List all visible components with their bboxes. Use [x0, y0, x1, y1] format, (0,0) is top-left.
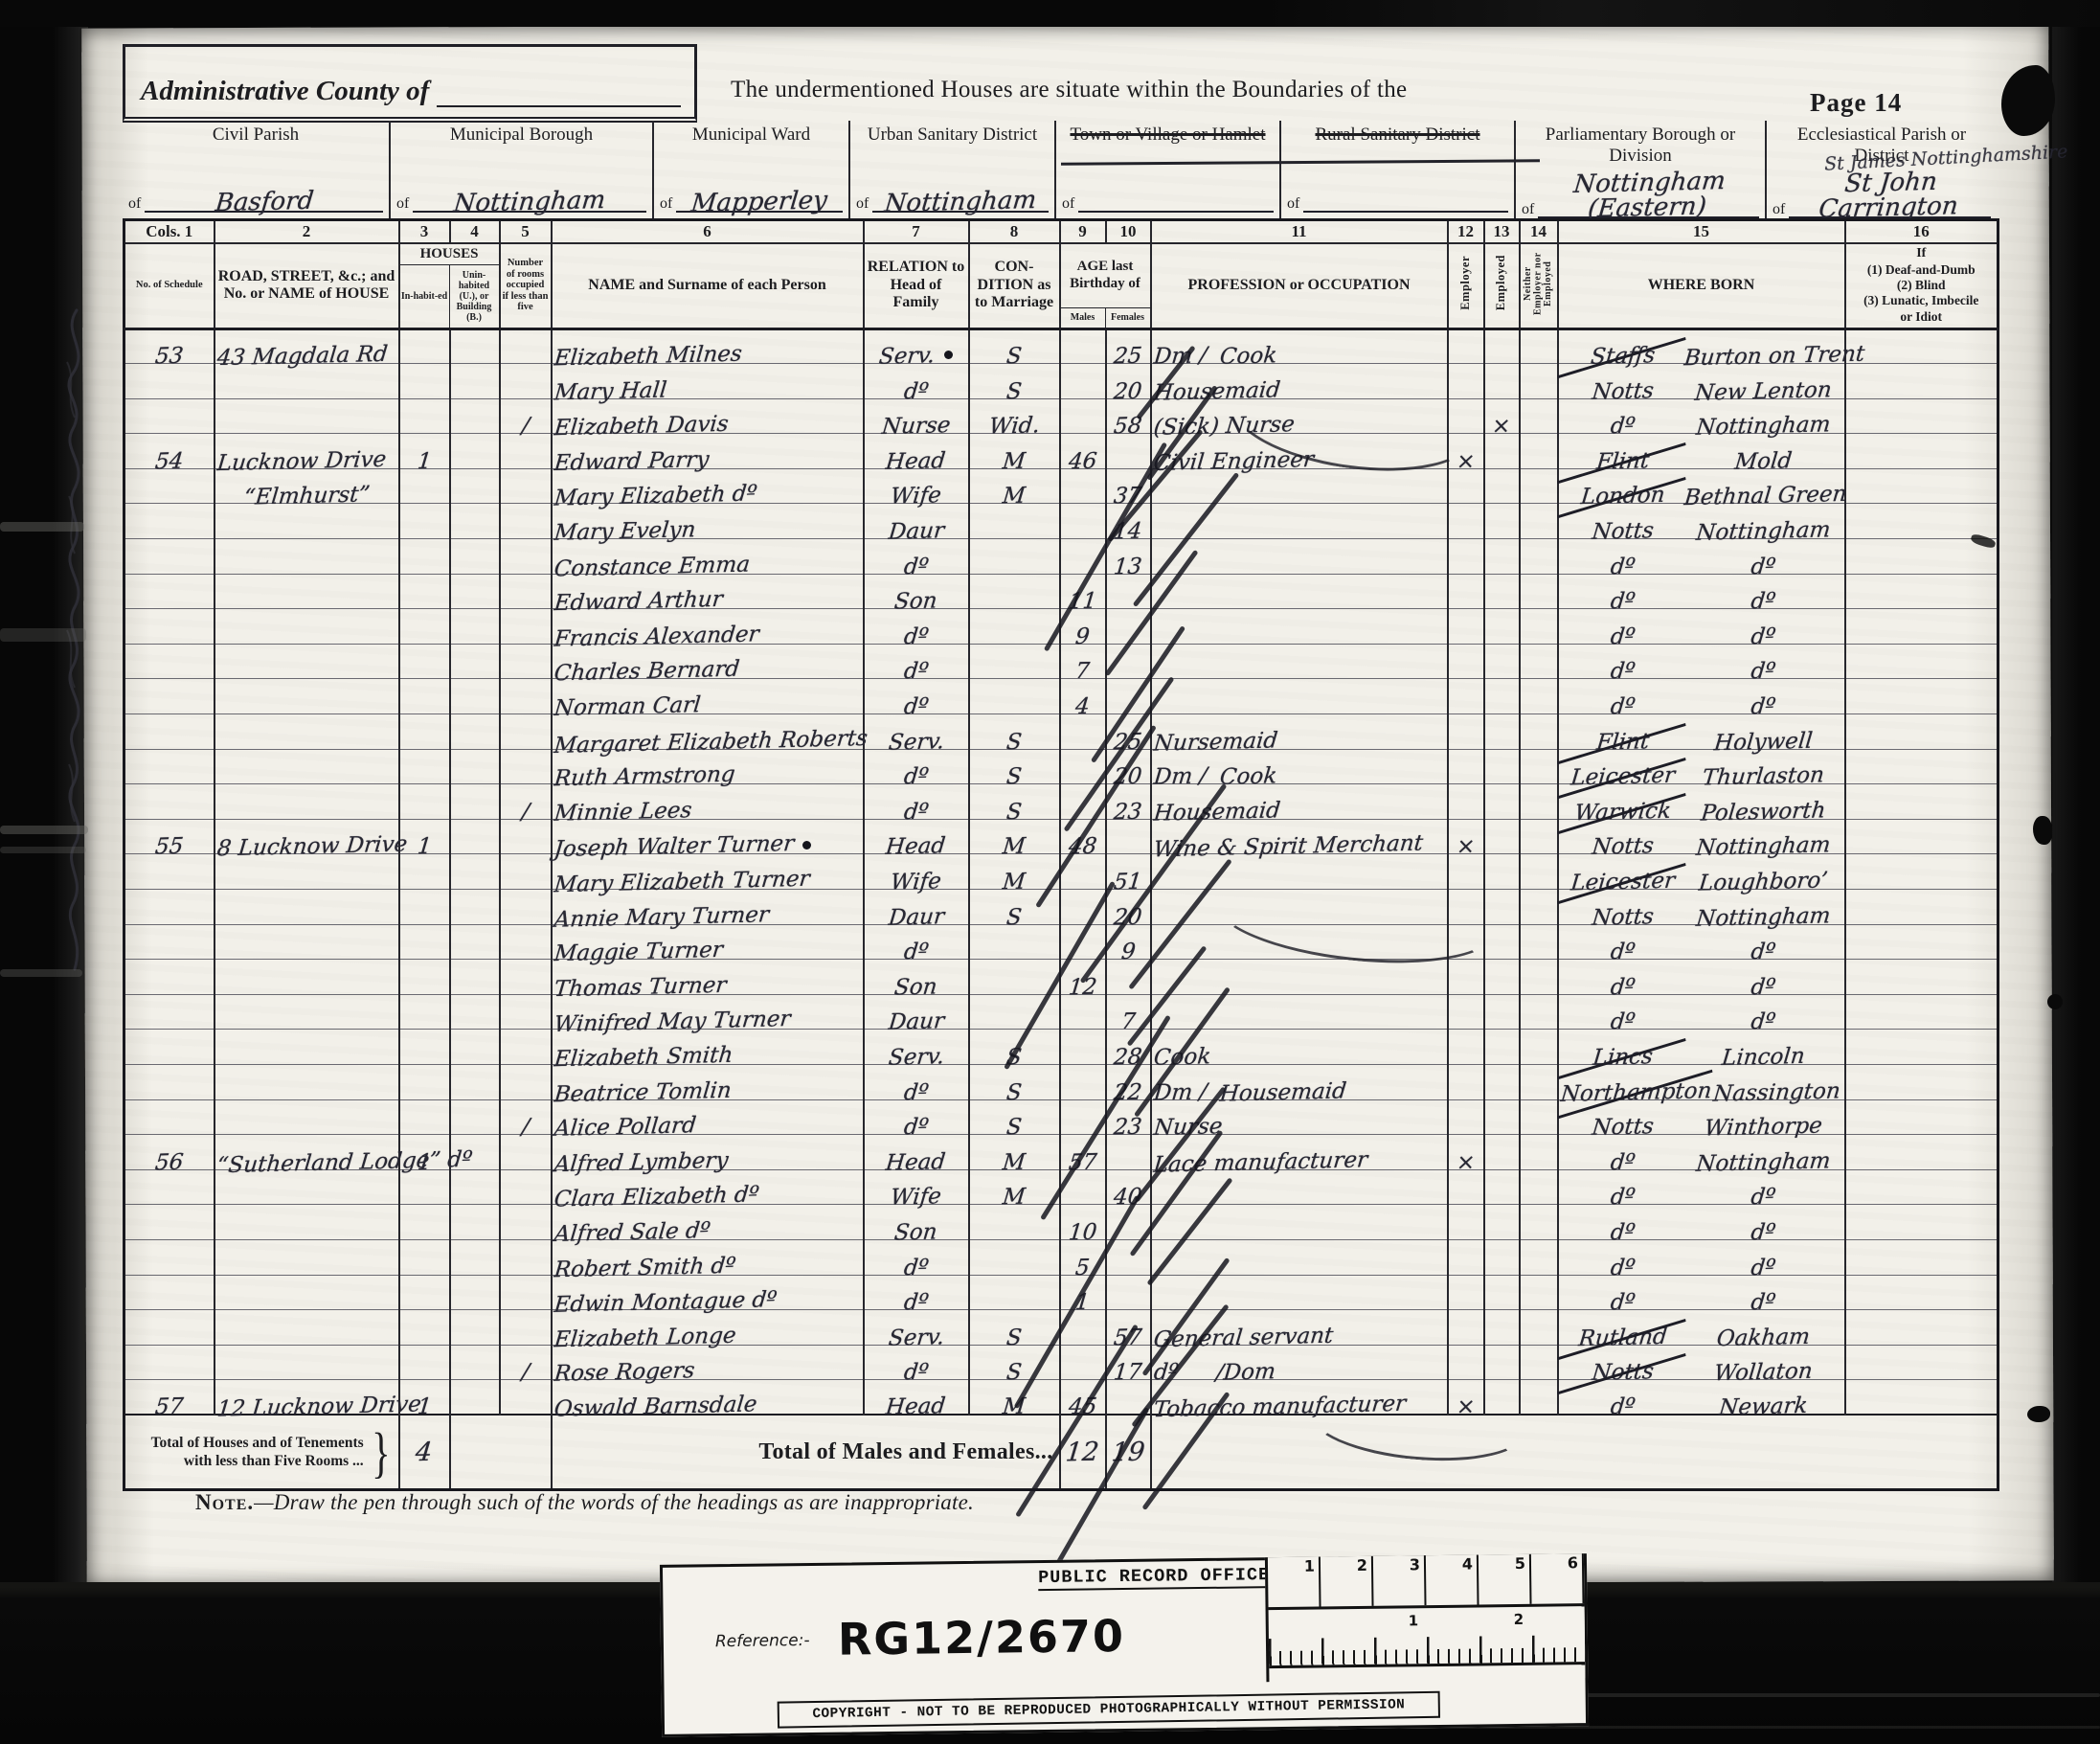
cell-neither [1520, 890, 1558, 925]
born-place: dº [1683, 1220, 1843, 1246]
cell-occupation: Dm /Cook [1151, 328, 1448, 364]
cell-condition [969, 609, 1060, 645]
reference-label: Reference:- [715, 1631, 810, 1651]
cell-infirmity [1845, 398, 1998, 434]
age-male: 46 [1068, 451, 1098, 474]
cell-schedule [124, 924, 215, 960]
born-county: dº [1559, 1010, 1685, 1035]
cell-schedule [124, 1205, 215, 1240]
col-num-8: 8 [969, 220, 1060, 243]
cell-employed [1484, 434, 1520, 469]
relation: Daur [887, 1011, 944, 1034]
cell-infirmity [1845, 574, 1998, 609]
cell-schedule [124, 749, 215, 784]
cell-infirmity [1845, 1345, 1998, 1380]
cell-employer: × [1448, 1380, 1484, 1416]
of-label: of [128, 195, 141, 213]
cell-condition [969, 1239, 1060, 1275]
totals-males-value: 12 [1060, 1415, 1106, 1489]
relation: Head [885, 1151, 947, 1175]
cell-age-female: 7 [1106, 994, 1151, 1030]
cell-age-female: 28 [1106, 1030, 1151, 1065]
cell-road [215, 644, 399, 679]
relation: Serv. [887, 731, 944, 754]
relation: dº [903, 1362, 930, 1385]
ruler-number: 4 [1426, 1554, 1479, 1605]
cell-rooms [500, 539, 552, 575]
cell-uninhabited [450, 504, 500, 539]
cell-occupation [1151, 539, 1448, 575]
cell-neither [1520, 364, 1558, 399]
cell-occupation: Housemaid [1151, 784, 1448, 820]
cell-employer [1448, 1205, 1484, 1240]
cell-neither [1520, 609, 1558, 645]
cell-infirmity [1845, 854, 1998, 890]
person-name: Elizabeth Longe [553, 1325, 736, 1351]
district-value: Nottingham [884, 188, 1038, 216]
born-place: Oakham [1683, 1325, 1843, 1351]
district-value-line [1303, 211, 1508, 213]
born-wrap: FlintHolywell [1561, 727, 1842, 749]
cell-age-male [1060, 1099, 1106, 1135]
cell-age-female: 51 [1106, 854, 1151, 890]
cell-schedule [124, 714, 215, 750]
administrative-county-box: Administrative County of [123, 44, 697, 123]
district-label: Town or Village or Hamlet [1062, 125, 1274, 146]
condition: S [1005, 346, 1023, 368]
cell-age-male [1060, 1345, 1106, 1380]
cell-age-female [1106, 644, 1151, 679]
born-county: dº [1559, 940, 1685, 965]
district-of-row: ofNottingham (Eastern) [1522, 167, 1759, 218]
header-neither: Neither Employer nor Employed [1520, 243, 1558, 329]
cell-employed [1484, 1310, 1520, 1346]
district-box-6: Rural Sanitary Districtof [1281, 121, 1516, 218]
cell-age-male: 11 [1060, 574, 1106, 609]
cell-neither [1520, 504, 1558, 539]
cell-neither [1520, 924, 1558, 960]
age-male: 4 [1074, 696, 1091, 718]
cell-rooms [500, 434, 552, 469]
table-row: Francis Alexanderdº9dºdº [124, 609, 1998, 645]
cell-infirmity [1845, 1135, 1998, 1170]
cell-occupation [1151, 1205, 1448, 1240]
col-num-2: 2 [215, 220, 399, 243]
inhabited-mark: 1 [417, 1152, 433, 1174]
cell-uninhabited [450, 1380, 500, 1416]
cell-inhabited [399, 574, 450, 609]
cell-occupation: Tobacco manufacturer [1151, 1380, 1448, 1416]
cell-employed [1484, 1205, 1520, 1240]
cell-infirmity [1845, 1275, 1998, 1310]
cell-neither [1520, 1169, 1558, 1205]
totals-row: Total of Houses and of Tenements with le… [124, 1415, 1998, 1489]
cell-age-female: 14 [1106, 504, 1151, 539]
cell-relation: Daur [864, 504, 969, 539]
cell-name: Elizabeth Milnes [552, 328, 864, 364]
born-county: dº [1559, 975, 1685, 1000]
header-condition: CON-DITION as to Marriage [969, 243, 1060, 329]
cell-uninhabited [450, 328, 500, 364]
condition: M [1002, 836, 1027, 859]
cell-rooms [500, 960, 552, 995]
age-male: 48 [1068, 836, 1098, 859]
cell-uninhabited [450, 434, 500, 469]
cell-age-male: 10 [1060, 1205, 1106, 1240]
cell-employer [1448, 364, 1484, 399]
cell-neither [1520, 328, 1558, 364]
cell-rooms: / [500, 784, 552, 820]
district-value: St John Carrington [1786, 168, 1993, 222]
cell-infirmity [1845, 994, 1998, 1030]
born-place: dº [1683, 659, 1843, 685]
born-county: dº [1559, 660, 1685, 685]
cell-road [215, 890, 399, 925]
condition: M [1002, 451, 1027, 474]
cell-age-male [1060, 854, 1106, 890]
cell-schedule: 57 [124, 1380, 215, 1416]
relation: Son [893, 591, 938, 614]
condition: Wid. [987, 416, 1040, 439]
cell-occupation [1151, 1275, 1448, 1310]
col-num-13: 13 [1484, 220, 1520, 243]
cell-infirmity [1845, 364, 1998, 399]
born-county: Flint [1559, 449, 1685, 474]
cell-condition: S [969, 784, 1060, 820]
district-of-row: ofBasford [128, 186, 383, 213]
born-place: dº [1683, 694, 1843, 720]
of-label: of [856, 195, 869, 213]
age-female: 20 [1113, 766, 1143, 789]
born-county: Rutland [1559, 1325, 1685, 1350]
age-female: 23 [1113, 1117, 1143, 1140]
relation: dº [903, 941, 930, 964]
age-female: 23 [1113, 801, 1143, 824]
cell-neither [1520, 1310, 1558, 1346]
cell-employed [1484, 1275, 1520, 1310]
born-wrap: dºdº [1561, 691, 1842, 713]
col-num-11: 11 [1151, 220, 1448, 243]
ink-blob [2047, 994, 2063, 1009]
person-name: Elizabeth Smith [553, 1045, 734, 1072]
district-value-line [1078, 211, 1274, 213]
cell-inhabited [399, 854, 450, 890]
public-record-office-stamp: PUBLIC RECORD OFFICE Reference:- RG12/26… [660, 1553, 1589, 1737]
header-females: Females [1105, 308, 1150, 328]
cell-relation: Head [864, 434, 969, 469]
ruler-number: 6 [1531, 1553, 1585, 1604]
person-name: Francis Alexander [553, 623, 759, 650]
cell-employed [1484, 1064, 1520, 1099]
table-row: Norman Carldº4dºdº [124, 679, 1998, 714]
cell-occupation [1151, 960, 1448, 995]
of-label: of [396, 195, 409, 213]
cell-infirmity [1845, 679, 1998, 714]
born-place: Nottingham [1683, 834, 1843, 860]
cell-uninhabited [450, 890, 500, 925]
census-scan-sheet: Administrative County of The undermentio… [0, 0, 2100, 1744]
relation: dº [903, 696, 930, 719]
cell-schedule [124, 539, 215, 575]
born-county: dº [1559, 1150, 1685, 1175]
born-place: Loughboro’ [1683, 870, 1843, 895]
census-table-body: 5343 Magdala RdElizabeth MilnesServ.S25D… [124, 328, 1998, 1415]
district-box-8: Ecclesiastical Parish or DistrictSt Jame… [1767, 121, 1997, 218]
ink-dot [802, 841, 811, 849]
cell-infirmity [1845, 644, 1998, 679]
cell-rooms [500, 994, 552, 1030]
born-county: Notts [1559, 835, 1685, 860]
born-county: dº [1559, 1395, 1685, 1420]
cell-rooms [500, 644, 552, 679]
cell-occupation: General servant [1151, 1310, 1448, 1346]
employer-mark: × [1456, 836, 1477, 858]
cell-employer [1448, 1310, 1484, 1346]
column-label-row: No. of Schedule ROAD, STREET, &c.; and N… [124, 243, 1998, 329]
born-wrap: RutlandOakham [1561, 1323, 1842, 1345]
totals-brace: } [372, 1420, 390, 1484]
cell-inhabited [399, 994, 450, 1030]
occupation: Housemaid [1219, 1080, 1347, 1105]
born-wrap: LondonBethnal Green [1561, 481, 1842, 503]
cell-road [215, 539, 399, 575]
age-female: 25 [1113, 731, 1143, 754]
cell-infirmity [1845, 924, 1998, 960]
district-value-line: Basford [145, 186, 383, 213]
born-place: dº [1683, 1185, 1843, 1211]
district-of-row: ofNottingham [856, 186, 1049, 213]
cell-employed [1484, 1135, 1520, 1170]
born-place: Nottingham [1683, 519, 1843, 545]
district-box-3: Municipal WardofMapperley [654, 121, 850, 218]
condition: M [1002, 486, 1027, 509]
cell-uninhabited [450, 714, 500, 750]
inhabited-mark: 1 [417, 451, 433, 473]
cell-relation: dº [864, 679, 969, 714]
cell-road [215, 679, 399, 714]
cell-road [215, 1205, 399, 1240]
inhabited-mark: 1 [417, 1396, 433, 1418]
born-county: Warwick [1559, 800, 1685, 825]
cell-schedule: 55 [124, 819, 215, 854]
cell-neither [1520, 749, 1558, 784]
col-num-12: 12 [1448, 220, 1484, 243]
cell-age-female: 25 [1106, 328, 1151, 364]
relation: Head [885, 836, 947, 860]
born-wrap: NottsNottingham [1561, 902, 1842, 924]
cell-inhabited: 1 [399, 434, 450, 469]
cell-uninhabited [450, 1099, 500, 1135]
cell-employed [1484, 679, 1520, 714]
cell-employer: × [1448, 819, 1484, 854]
cell-relation: dº [864, 609, 969, 645]
ruler-number: 3 [1373, 1555, 1427, 1606]
born-wrap: NorthamptonNassington [1561, 1077, 1842, 1099]
cell-neither [1520, 994, 1558, 1030]
district-label: Urban Sanitary District [856, 125, 1049, 146]
cell-rooms [500, 1169, 552, 1205]
cell-road [215, 784, 399, 820]
condition: S [1005, 906, 1023, 928]
reference-number: RG12/2670 [838, 1610, 1126, 1665]
cell-employer [1448, 714, 1484, 750]
cell-employed [1484, 364, 1520, 399]
copyright-notice: COPYRIGHT - NOT TO BE REPRODUCED PHOTOGR… [778, 1691, 1440, 1729]
born-wrap: dºdº [1561, 1007, 1842, 1029]
cell-infirmity [1845, 609, 1998, 645]
cell-road: Lucknow Drive [215, 434, 399, 469]
measurement-ruler: 123456 1 2 [1265, 1553, 1586, 1682]
cell-schedule: 54 [124, 434, 215, 469]
born-place: dº [1683, 555, 1843, 580]
cell-infirmity [1845, 434, 1998, 469]
born-county: Flint [1559, 730, 1685, 755]
cell-schedule [124, 504, 215, 539]
col-num-5: 5 [500, 220, 552, 243]
age-female: 17 [1113, 1362, 1143, 1385]
cell-neither [1520, 1064, 1558, 1099]
cell-relation: Son [864, 960, 969, 995]
cell-schedule [124, 960, 215, 995]
district-of-row: ofSt John Carrington [1773, 167, 1991, 218]
cell-employer [1448, 328, 1484, 364]
infirmity-line: (2) Blind [1848, 278, 1996, 293]
cell-inhabited [399, 1239, 450, 1275]
cell-inhabited [399, 1030, 450, 1065]
cell-road [215, 1030, 399, 1065]
cell-uninhabited [450, 468, 500, 504]
occupation: Cook [1219, 345, 1278, 368]
film-border-top [0, 0, 2100, 27]
cell-infirmity [1845, 1205, 1998, 1240]
cell-employer [1448, 679, 1484, 714]
cell-age-female [1106, 1275, 1151, 1310]
census-table-head: Cols. 1 2 3 4 5 6 7 8 9 10 11 12 13 14 1… [124, 220, 1998, 329]
cell-condition [969, 574, 1060, 609]
cell-occupation [1151, 1239, 1448, 1275]
ink-blob [2027, 1406, 2050, 1422]
rooms-mark: / [520, 1362, 530, 1384]
cell-age-female: 37 [1106, 468, 1151, 504]
cell-relation: Daur [864, 890, 969, 925]
cell-neither [1520, 1380, 1558, 1416]
relation: dº [903, 555, 930, 578]
condition: M [1002, 1151, 1027, 1174]
cell-condition [969, 994, 1060, 1030]
header-profession: PROFESSION or OCCUPATION [1151, 243, 1448, 329]
cell-schedule [124, 994, 215, 1030]
relation: dº [903, 661, 930, 684]
person-name: Constance Emma [553, 554, 751, 580]
administrative-county-label: Administrative County of [141, 76, 429, 107]
born-place: dº [1683, 1290, 1843, 1316]
cell-age-male [1060, 714, 1106, 750]
ruler-number: 2 [1321, 1556, 1374, 1607]
cell-road: 43 Magdala Rd [215, 328, 399, 364]
cell-road [215, 1239, 399, 1275]
cell-occupation [1151, 890, 1448, 925]
district-box-5: Town or Village or Hamletof [1056, 121, 1281, 218]
cell-road [215, 398, 399, 434]
cell-inhabited [399, 644, 450, 679]
cell-employed [1484, 328, 1520, 364]
condition: M [1002, 872, 1027, 895]
cell-age-male [1060, 364, 1106, 399]
age-female: 20 [1113, 380, 1143, 403]
cell-uninhabited [450, 1030, 500, 1065]
cell-employer [1448, 749, 1484, 784]
cell-neither [1520, 1275, 1558, 1310]
born-county: Notts [1559, 1116, 1685, 1141]
born-place: New Lenton [1683, 379, 1843, 405]
born-county: dº [1559, 1256, 1685, 1280]
cell-employer [1448, 609, 1484, 645]
born-wrap: dºdº [1561, 1182, 1842, 1204]
cell-neither [1520, 819, 1558, 854]
ruler-cm-scale: 123456 [1268, 1553, 1585, 1610]
cell-infirmity [1845, 890, 1998, 925]
condition: S [1005, 1047, 1023, 1069]
cell-neither [1520, 1099, 1558, 1135]
occupation: dº [1152, 1362, 1179, 1385]
cell-neither [1520, 854, 1558, 890]
age-male: 57 [1068, 1151, 1098, 1174]
born-wrap: NottsWollaton [1561, 1357, 1842, 1379]
condition: S [1005, 380, 1023, 402]
relation: dº [903, 626, 930, 649]
born-place: Nottingham [1683, 414, 1843, 440]
cell-age-male: 12 [1060, 960, 1106, 995]
born-wrap: dºdº [1561, 937, 1842, 959]
cell-condition: S [969, 1310, 1060, 1346]
age-female: 58 [1113, 416, 1143, 439]
cell-rooms [500, 1310, 552, 1346]
cell-where-born: StaffsBurton on Trent [1558, 328, 1845, 364]
cell-neither [1520, 1345, 1558, 1380]
cell-inhabited [399, 1275, 450, 1310]
cell-employer [1448, 1345, 1484, 1380]
cell-occupation [1151, 924, 1448, 960]
table-row: Alfred Sale dºSon10dºdº [124, 1205, 1998, 1240]
schedule-number: 57 [154, 1396, 185, 1419]
table-row: Elizabeth SmithServ.S28CookLincsLincoln [124, 1030, 1998, 1065]
cell-inhabited [399, 609, 450, 645]
cell-occupation [1151, 504, 1448, 539]
infirmity-line: or Idiot [1848, 309, 1996, 325]
cell-road: “Sutherland Lodge” dº [215, 1135, 399, 1170]
cell-age-male [1060, 1030, 1106, 1065]
header-houses: HOUSES [400, 244, 499, 265]
cell-inhabited [399, 890, 450, 925]
born-place: dº [1683, 624, 1843, 650]
cell-employer [1448, 398, 1484, 434]
relation: Head [885, 1396, 947, 1420]
born-place: dº [1683, 589, 1843, 615]
cell-age-male [1060, 539, 1106, 575]
cell-condition: S [969, 364, 1060, 399]
film-streak [0, 826, 88, 834]
cell-age-female [1106, 1239, 1151, 1275]
age-female: 14 [1113, 521, 1143, 544]
age-female: 9 [1120, 941, 1137, 963]
totals-houses-cell: Total of Houses and of Tenements with le… [124, 1415, 399, 1489]
born-wrap: WarwickPolesworth [1561, 797, 1842, 819]
relation: dº [903, 1292, 930, 1315]
cell-relation: Serv. [864, 714, 969, 750]
district-of-row: ofNottingham [396, 186, 646, 213]
cell-occupation: Cook [1151, 1030, 1448, 1065]
born-place: Thurlaston [1683, 764, 1843, 790]
